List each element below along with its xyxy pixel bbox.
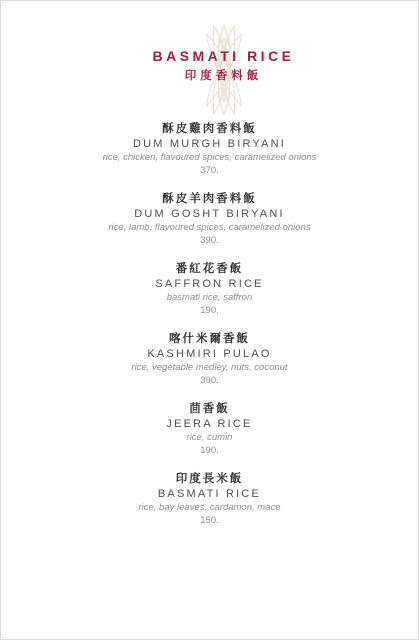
menu-item: 酥皮雞肉香料飯 DUM MURGH BIRYANI rice, chicken,… <box>1 122 418 192</box>
menu-item: 番紅花香飯 SAFFRON RICE basmati rice, saffron… <box>1 262 418 332</box>
dish-chinese-name: 番紅花香飯 <box>1 262 418 276</box>
dish-description: rice, bay leaves, cardamon, mace <box>1 502 418 514</box>
page-subtitle-chinese: 印度香料飯 <box>15 69 419 83</box>
dish-english-name: JEERA RICE <box>1 417 418 431</box>
dish-description: rice, cumin <box>1 432 418 444</box>
dish-english-name: SAFFRON RICE <box>1 277 418 291</box>
dish-description: rice, lamb, flavoured spices, caramelize… <box>1 222 418 234</box>
dish-chinese-name: 酥皮羊肉香料飯 <box>1 192 418 206</box>
dish-english-name: BASMATI RICE <box>1 487 418 501</box>
dish-chinese-name: 酥皮雞肉香料飯 <box>1 122 418 136</box>
menu-item: 酥皮羊肉香料飯 DUM GOSHT BIRYANI rice, lamb, fl… <box>1 192 418 262</box>
dish-price: 370. <box>1 165 418 177</box>
dish-chinese-name: 印度長米飯 <box>1 472 418 486</box>
dish-price: 150. <box>1 515 418 527</box>
dish-english-name: DUM GOSHT BIRYANI <box>1 207 418 221</box>
dish-price: 190. <box>1 445 418 457</box>
page-title: BASMATI RICE <box>15 47 419 65</box>
dish-description: rice, chicken, flavoured spices, caramel… <box>1 152 418 164</box>
dish-english-name: KASHMIRI PULAO <box>1 347 418 361</box>
menu-header: BASMATI RICE 印度香料飯 <box>15 47 419 83</box>
menu-item: 茴香飯 JEERA RICE rice, cumin 190. <box>1 402 418 472</box>
dish-chinese-name: 喀什米爾香飯 <box>1 332 418 346</box>
dish-price: 390. <box>1 235 418 247</box>
menu-item: 印度長米飯 BASMATI RICE rice, bay leaves, car… <box>1 472 418 542</box>
dish-price: 390. <box>1 375 418 387</box>
dish-description: basmati rice, saffron <box>1 292 418 304</box>
dish-price: 190. <box>1 305 418 317</box>
menu-page: BASMATI RICE 印度香料飯 酥皮雞肉香料飯 DUM MURGH BIR… <box>0 0 419 640</box>
dish-chinese-name: 茴香飯 <box>1 402 418 416</box>
menu-item-list: 酥皮雞肉香料飯 DUM MURGH BIRYANI rice, chicken,… <box>1 122 418 542</box>
dish-english-name: DUM MURGH BIRYANI <box>1 137 418 151</box>
menu-item: 喀什米爾香飯 KASHMIRI PULAO rice, vegetable me… <box>1 332 418 402</box>
dish-description: rice, vegetable medley, nuts, coconut <box>1 362 418 374</box>
